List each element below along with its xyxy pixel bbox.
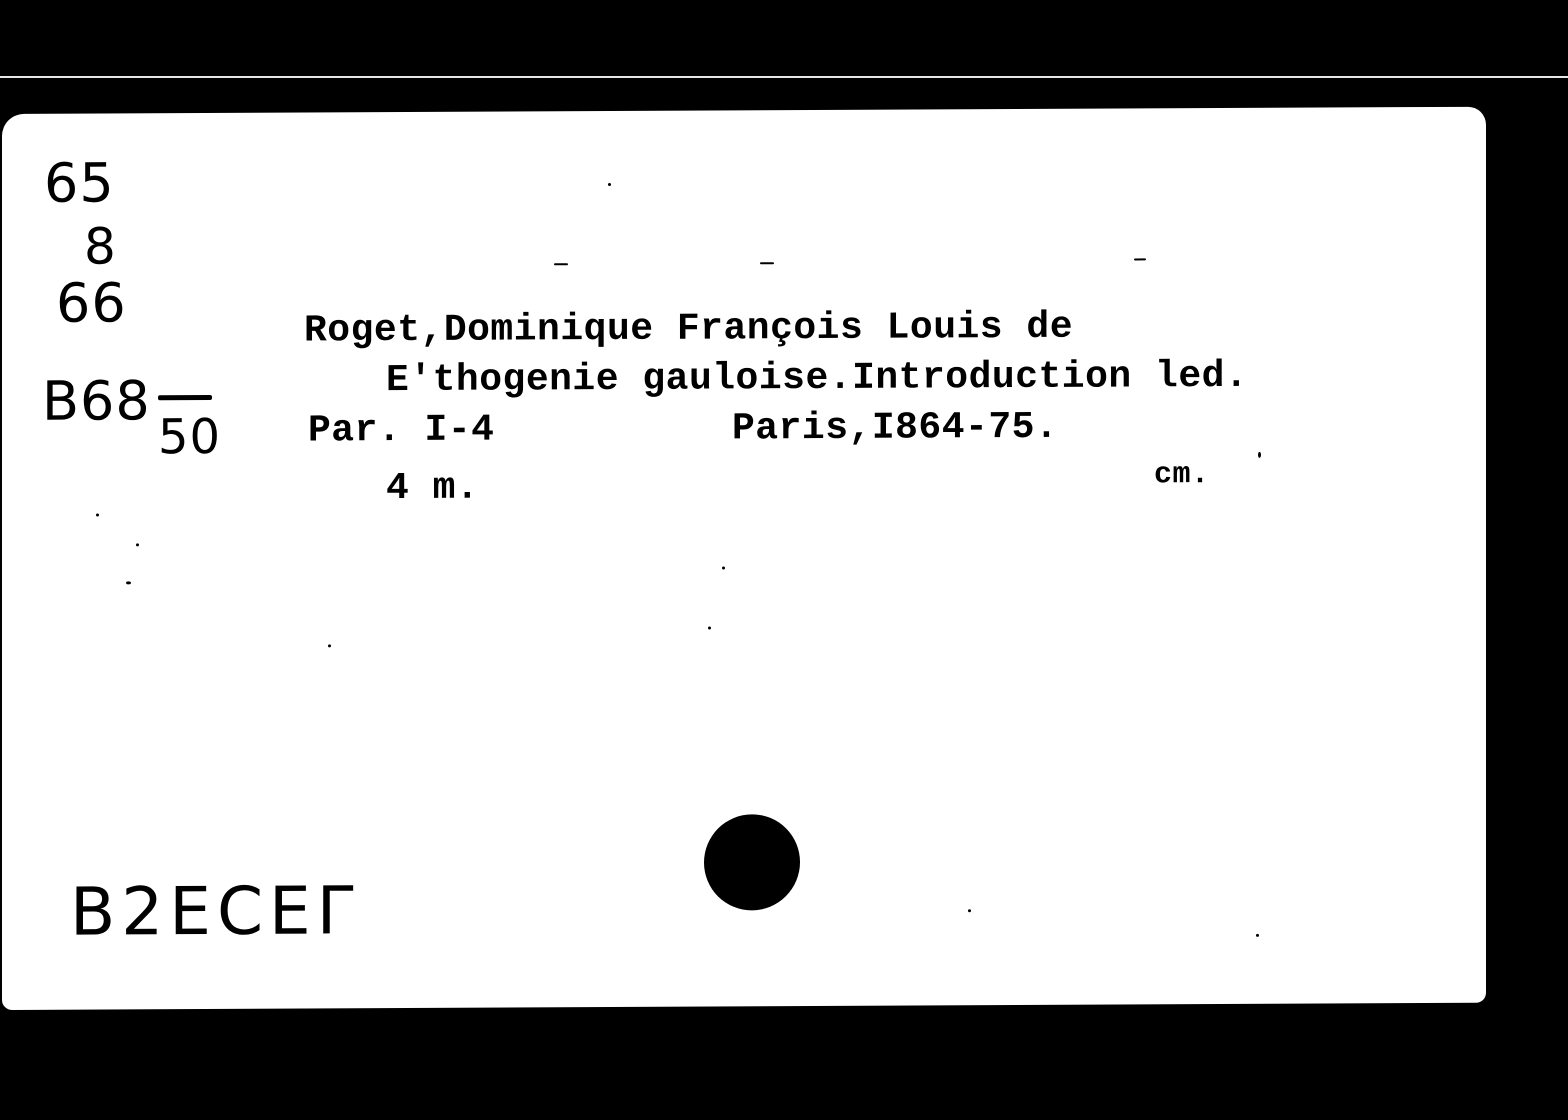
- call-number-sub: 50: [158, 409, 221, 465]
- shelf-mark-3: 66: [56, 271, 127, 334]
- speck: [136, 543, 139, 546]
- imprint-line: Paris,I864-75.: [732, 409, 1058, 449]
- catalog-card: 65 8 66 B68 50 Roget,Dominique François …: [2, 107, 1486, 1010]
- holdings-line: Par. I-4: [308, 412, 494, 451]
- speck: [1258, 452, 1261, 458]
- scanner-edge-line: [0, 76, 1568, 78]
- bottom-handwritten-code: B2ECEГ: [70, 872, 363, 950]
- speck: [722, 566, 725, 569]
- speck: [760, 262, 774, 264]
- speck: [608, 183, 611, 186]
- speck: [126, 581, 131, 584]
- punch-hole: [704, 814, 800, 910]
- call-number-main: B68: [42, 369, 151, 433]
- shelf-mark-1: 65: [44, 151, 115, 214]
- speck: [708, 627, 711, 630]
- speck: [554, 263, 568, 265]
- speck: [1256, 934, 1259, 937]
- speck: [968, 909, 971, 912]
- call-number-fraction-bar: [158, 395, 212, 400]
- shelf-mark-2: 8: [84, 217, 117, 275]
- extent-line: 4 m.: [386, 470, 479, 508]
- author-line: Roget,Dominique François Louis de: [304, 309, 1073, 351]
- speck: [96, 514, 99, 517]
- speck: [1134, 258, 1146, 260]
- speck: [328, 644, 331, 647]
- size-line: cm.: [1154, 460, 1210, 490]
- title-line: E'thogenie gauloise.Introduction led.: [386, 358, 1248, 400]
